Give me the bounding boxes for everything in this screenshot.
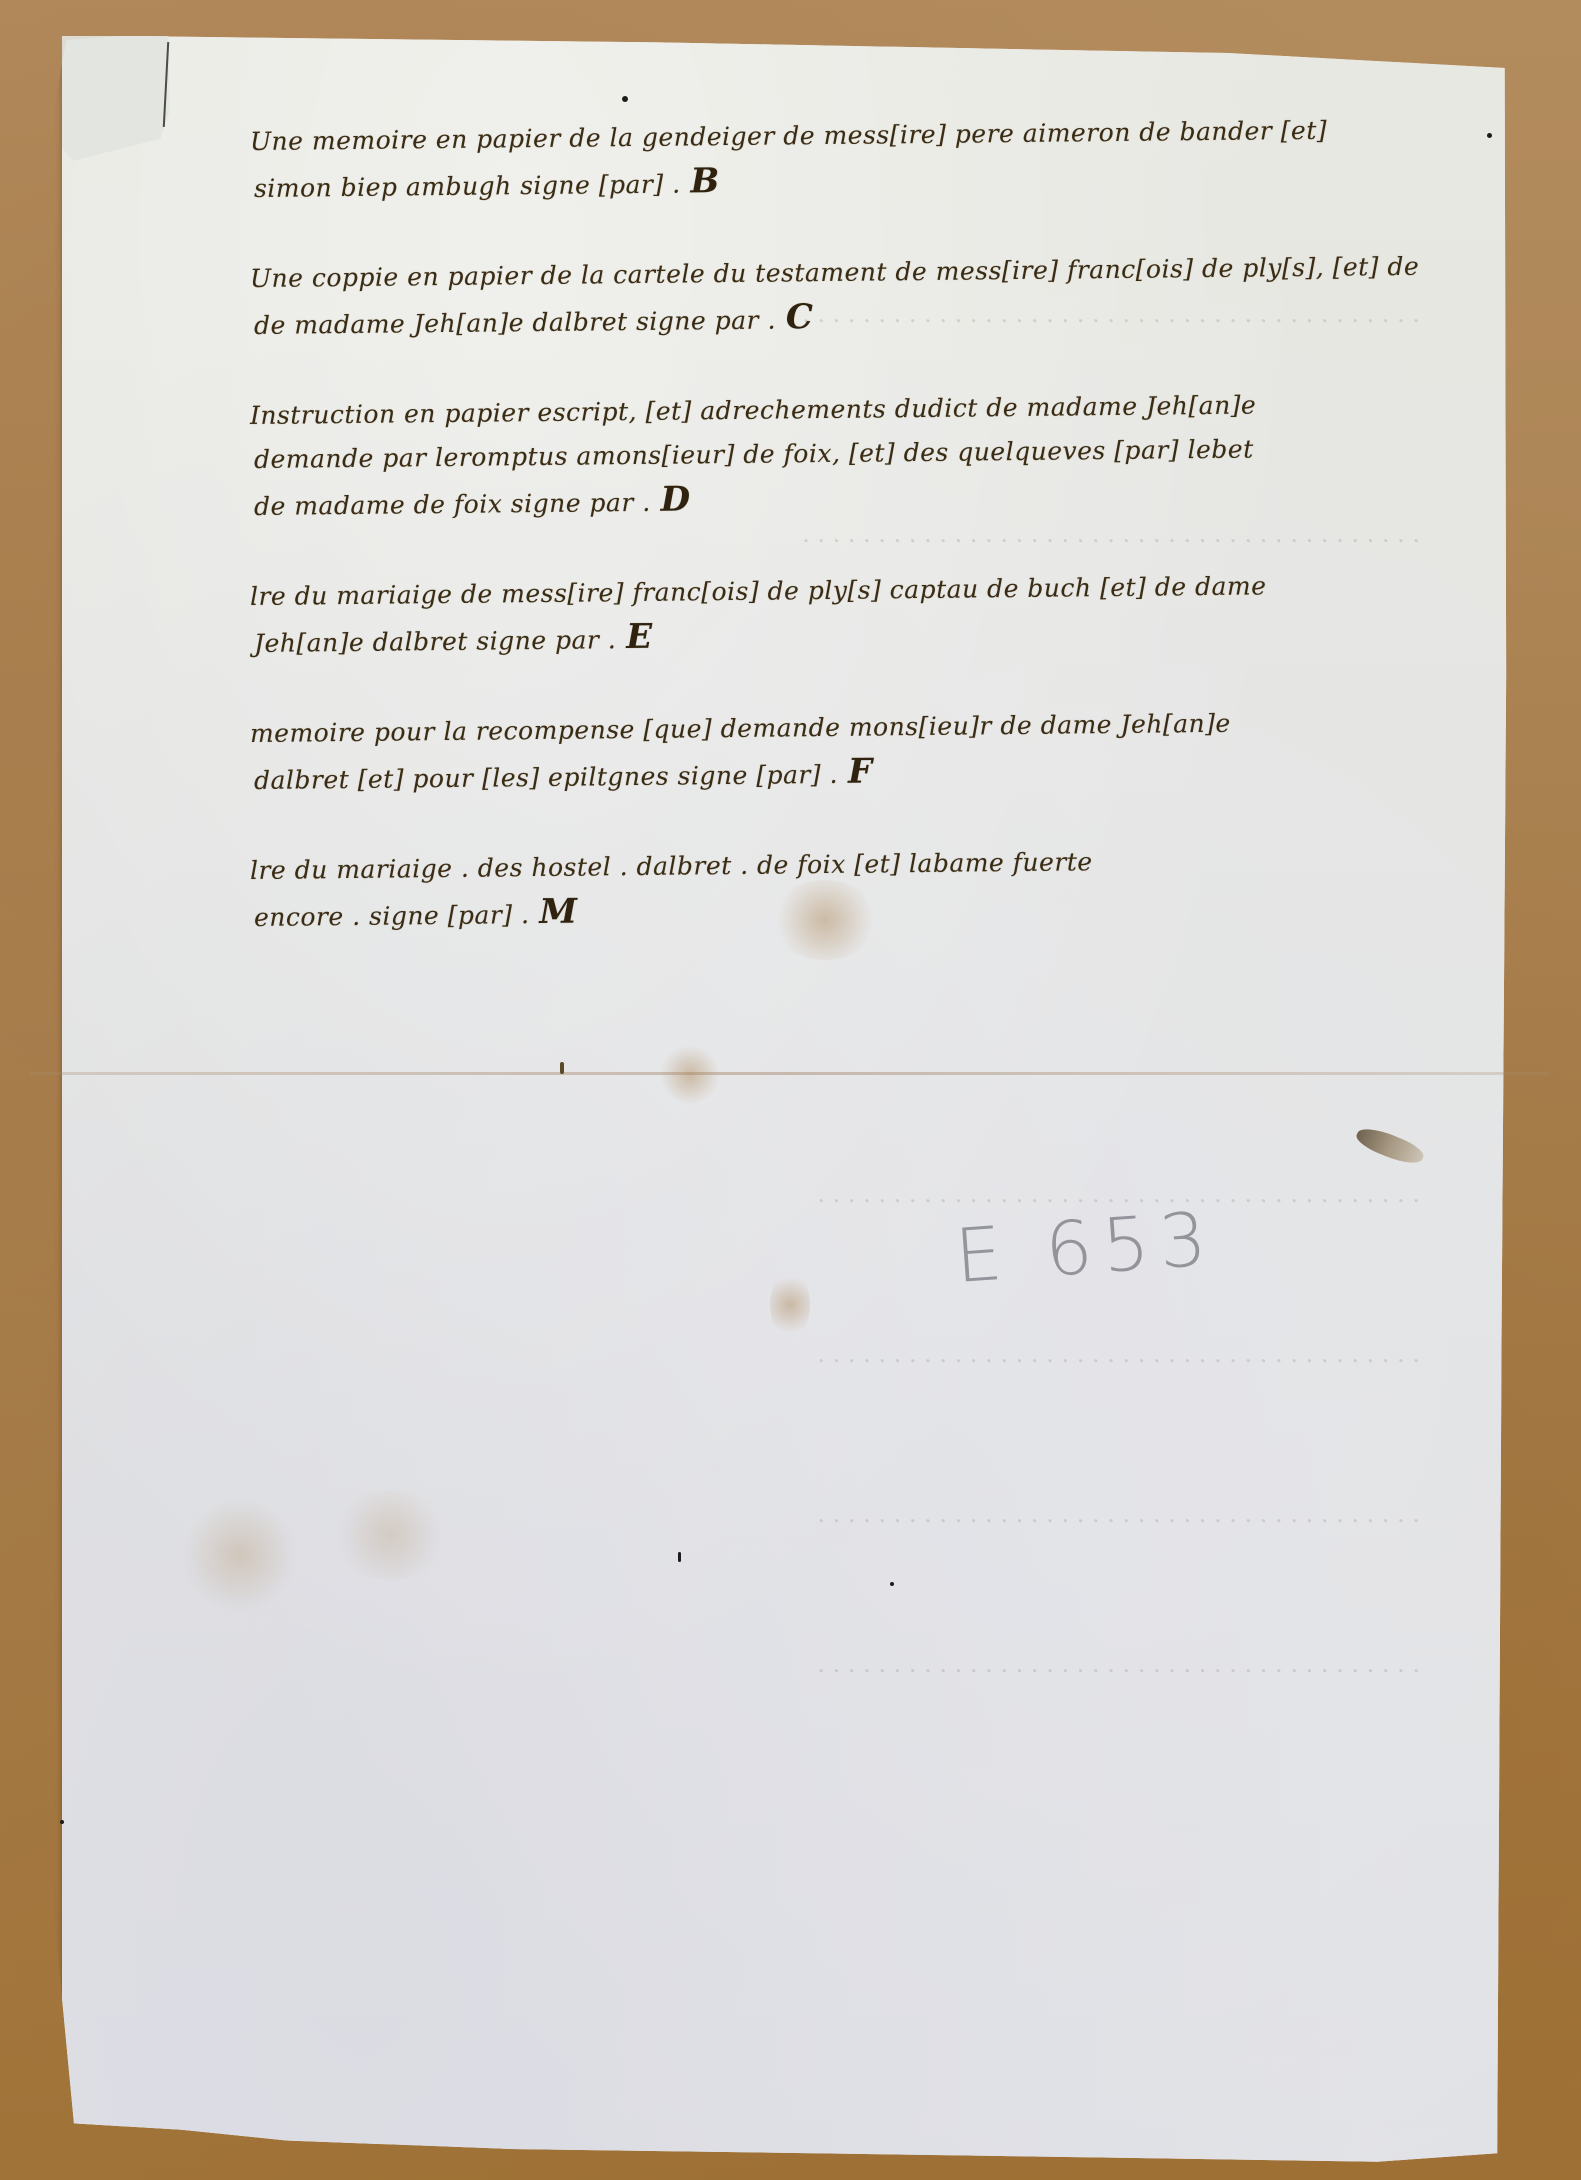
bleed-through-text: . . . . . . . . . . . . . . . . . . . . … bbox=[120, 1340, 1420, 1368]
entry-mark: E bbox=[626, 617, 653, 657]
ink-dot bbox=[1487, 133, 1492, 138]
ink-dot bbox=[622, 96, 628, 102]
bleed-through-text: . . . . . . . . . . . . . . . . . . . . … bbox=[120, 1180, 1420, 1208]
entry-5: memoire pour la recompense [que] demande… bbox=[250, 712, 1400, 803]
entry-mark: F bbox=[848, 751, 873, 791]
pencil-shelfmark: E 653 bbox=[952, 1196, 1219, 1300]
manuscript-entries: Une memoire en papier de la gendeiger de… bbox=[250, 120, 1400, 986]
ink-dot bbox=[560, 1062, 564, 1074]
bleed-through-text: . . . . . . . . . . . . . . . . . . . . … bbox=[120, 1500, 1420, 1528]
entry-1: Une memoire en papier de la gendeiger de… bbox=[250, 120, 1400, 211]
stain bbox=[770, 1270, 810, 1340]
entry-2: Une coppie en papier de la cartele du te… bbox=[250, 257, 1400, 348]
entry-6: lre du mariaige . des hostel . dalbret .… bbox=[250, 849, 1400, 940]
stain bbox=[660, 1045, 720, 1105]
ink-dot bbox=[678, 1552, 681, 1562]
entry-3: Instruction en papier escript, [et] adre… bbox=[250, 394, 1400, 529]
ink-dot bbox=[890, 1582, 894, 1586]
fold-line bbox=[30, 1072, 1550, 1075]
entry-mark: M bbox=[539, 892, 578, 932]
entry-mark: D bbox=[660, 479, 690, 519]
entry-mark: C bbox=[786, 297, 814, 337]
entry-mark: B bbox=[690, 161, 720, 201]
ink-dot bbox=[60, 1820, 64, 1824]
bleed-through-text: . . . . . . . . . . . . . . . . . . . . … bbox=[120, 1650, 1420, 1678]
entry-4: lre du mariaige de mess[ire] franc[ois] … bbox=[250, 575, 1400, 666]
